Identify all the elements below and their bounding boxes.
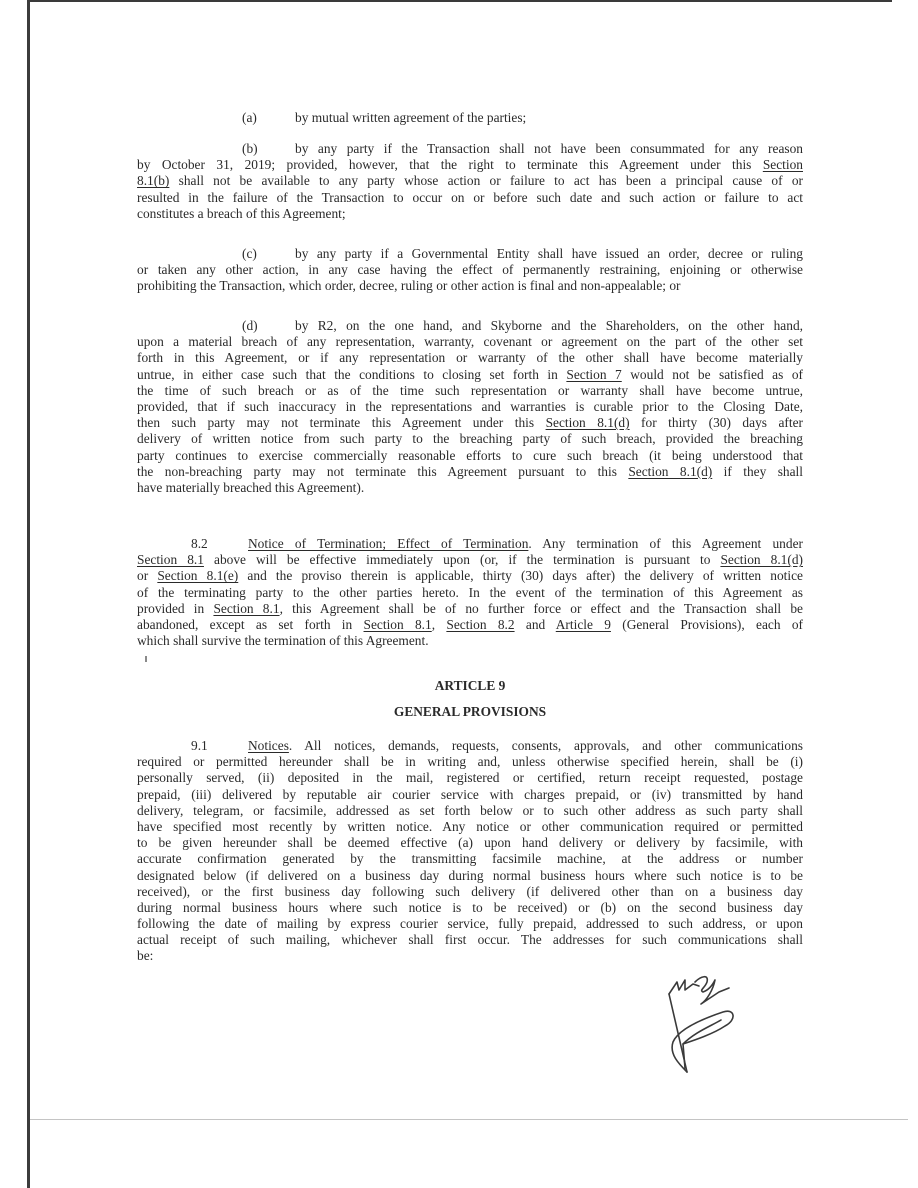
section-number: 8.2 <box>191 536 208 552</box>
text-fragment: for thirty (30) days after <box>630 415 803 430</box>
scan-speck <box>145 656 147 662</box>
text-fragment: or <box>137 568 157 583</box>
text-fragment: shall not be available to any party whos… <box>169 173 803 188</box>
section-link: Section 7 <box>566 367 621 382</box>
text-fragment: untrue, in either case such that the con… <box>137 367 566 382</box>
text-fragment: if they shall <box>712 464 803 479</box>
text-line: by October 31, 2019; provided, however, … <box>137 157 803 173</box>
text-line: required or permitted hereunder shall be… <box>137 754 803 770</box>
text-fragment: the non-breaching party may not terminat… <box>137 464 628 479</box>
text-line: the non-breaching party may not terminat… <box>137 464 803 480</box>
text-line: accurate confirmation generated by the t… <box>137 851 803 867</box>
text-line: party continues to exercise commercially… <box>137 448 803 464</box>
scan-page-edge-left <box>27 0 30 1188</box>
text-line: upon a material breach of any representa… <box>137 334 803 350</box>
section-link: Section <box>763 157 803 172</box>
article-subtitle: GENERAL PROVISIONS <box>137 704 803 720</box>
clause-label: (b) <box>242 141 258 157</box>
clause-8-1-c: (c) by any party if a Governmental Entit… <box>137 246 803 295</box>
section-heading: Notices <box>248 738 289 753</box>
article-link: Article 9 <box>556 617 611 632</box>
clause-8-1-d: (d) by R2, on the one hand, and Skyborne… <box>137 318 803 496</box>
section-link: 8.1(b) <box>137 173 169 188</box>
section-9-1: 9.1 Notices. All notices, demands, reque… <box>137 738 803 965</box>
text-fragment: abandoned, except as set forth in <box>137 617 364 632</box>
text-fragment: above will be effective immediately upon… <box>204 552 720 567</box>
section-link: Section 8.1(e) <box>157 568 238 583</box>
scan-page-edge-top <box>28 0 892 2</box>
section-heading: Notice of Termination; Effect of Termina… <box>248 536 528 551</box>
section-link: Section 8.1 <box>213 601 279 616</box>
clause-text: by mutual written agreement of the parti… <box>295 110 526 126</box>
text-line: Notices. All notices, demands, requests,… <box>248 738 803 754</box>
handwritten-initials-signature <box>655 968 775 1078</box>
text-line: received), or the first business day fol… <box>137 884 803 900</box>
clause-label: (a) <box>242 110 257 126</box>
clause-label: (c) <box>242 246 257 262</box>
text-line: be: <box>137 948 803 964</box>
text-line: resulted in the failure of the Transacti… <box>137 190 803 206</box>
text-fragment: provided in <box>137 601 213 616</box>
text-line: then such party may not terminate this A… <box>137 415 803 431</box>
text-line: which shall survive the termination of t… <box>137 633 803 649</box>
text-fragment: , this Agreement shall be of no further … <box>280 601 803 616</box>
text-line: to be given hereunder shall be deemed ef… <box>137 835 803 851</box>
text-fragment: . Any termination of this Agreement unde… <box>528 536 803 551</box>
section-link: Section 8.1(d) <box>546 415 630 430</box>
text-line: have specified most recently by written … <box>137 819 803 835</box>
text-line: or Section 8.1(e) and the proviso therei… <box>137 568 803 584</box>
text-line: 8.1(b) shall not be available to any par… <box>137 173 803 189</box>
text-line: abandoned, except as set forth in Sectio… <box>137 617 803 633</box>
text-fragment: , <box>432 617 447 632</box>
section-number: 9.1 <box>191 738 208 754</box>
text-line: prohibiting the Transaction, which order… <box>137 278 803 294</box>
text-line: personally served, (ii) deposited in the… <box>137 770 803 786</box>
text-line: following the date of mailing by express… <box>137 916 803 932</box>
text-line: delivery, telegram, or facsimile, addres… <box>137 803 803 819</box>
text-fragment: . All notices, demands, requests, consen… <box>289 738 803 753</box>
text-line: constitutes a breach of this Agreement; <box>137 206 803 222</box>
text-line: delivery of written notice from such par… <box>137 431 803 447</box>
page-bottom-rule <box>30 1119 908 1120</box>
text-fragment: by October 31, 2019; provided, however, … <box>137 157 763 172</box>
text-line: Section 8.1 above will be effective imme… <box>137 552 803 568</box>
text-line: provided in Section 8.1, this Agreement … <box>137 601 803 617</box>
section-link: Section 8.2 <box>446 617 514 632</box>
text-fragment: (General Provisions), each of <box>611 617 803 632</box>
text-line: or taken any other action, in any case h… <box>137 262 803 278</box>
section-link: Section 8.1 <box>364 617 432 632</box>
section-8-2: 8.2 Notice of Termination; Effect of Ter… <box>137 536 803 649</box>
text-fragment: then such party may not terminate this A… <box>137 415 546 430</box>
text-fragment: and <box>515 617 556 632</box>
clause-label: (d) <box>242 318 258 334</box>
text-line: forth in this Agreement, or if any repre… <box>137 350 803 366</box>
text-fragment: and the proviso therein is applicable, t… <box>238 568 803 583</box>
text-line: during normal business hours where such … <box>137 900 803 916</box>
text-line: prepaid, (iii) delivered by reputable ai… <box>137 787 803 803</box>
article-title: ARTICLE 9 <box>137 678 803 694</box>
text-line: actual receipt of such mailing, whicheve… <box>137 932 803 948</box>
text-line: by any party if the Transaction shall no… <box>295 141 803 157</box>
clause-8-1-b: (b) by any party if the Transaction shal… <box>137 141 803 222</box>
text-line: designated below (if delivered on a busi… <box>137 868 803 884</box>
text-line: provided, that if such inaccuracy in the… <box>137 399 803 415</box>
text-fragment: would not be satisfied as of <box>622 367 803 382</box>
section-link: Section 8.1(d) <box>628 464 712 479</box>
text-line: of the terminating party to the other pa… <box>137 585 803 601</box>
text-line: by any party if a Governmental Entity sh… <box>295 246 803 262</box>
text-line: have materially breached this Agreement)… <box>137 480 803 496</box>
section-link: Section 8.1 <box>137 552 204 567</box>
text-line: Notice of Termination; Effect of Termina… <box>248 536 803 552</box>
text-line: untrue, in either case such that the con… <box>137 367 803 383</box>
text-line: by R2, on the one hand, and Skyborne and… <box>295 318 803 334</box>
section-link: Section 8.1(d) <box>720 552 803 567</box>
text-line: the time of such breach or as of the tim… <box>137 383 803 399</box>
